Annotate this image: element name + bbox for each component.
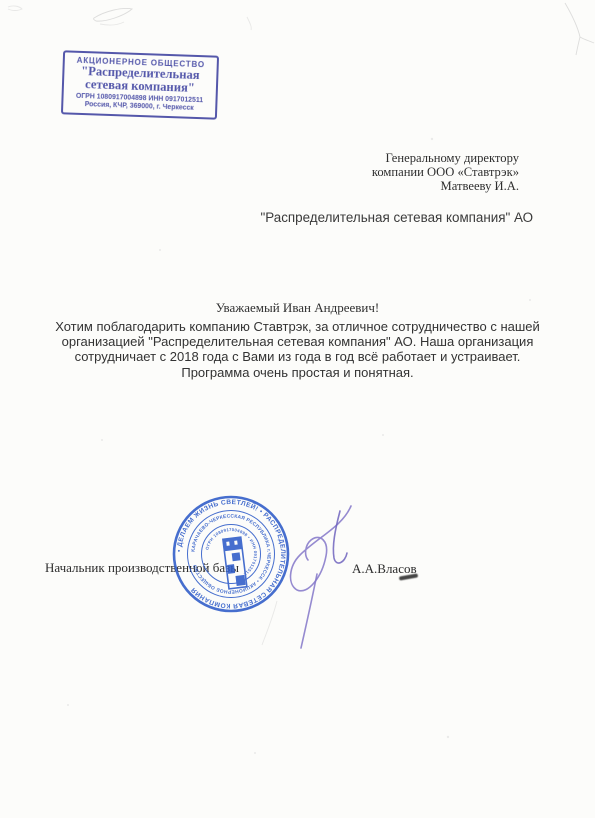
body-line-4: Программа очень простая и понятная. [0,365,595,380]
handwritten-signature [0,0,595,818]
scanned-letter-page: АКЦИОНЕРНОЕ ОБЩЕСТВО "Распределительная … [0,0,595,818]
sender-org-line: "Распределительная сетевая компания" АО [261,210,533,225]
pencil-mark-top-left-swoosh [94,8,132,21]
pencil-mark-top-right [565,3,594,55]
signature-main-loop [291,506,351,591]
pencil-mark-top-left-small [8,6,22,11]
round-seal-stamp: • ДЕЛАЕМ ЖИЗНЬ СВЕТЛЕЙ! • РАСПРЕДЕЛИТЕЛЬ… [169,492,293,616]
recipient-line-1: Генеральному директору [261,151,519,165]
recipient-block: Генеральному директору компании ООО «Ста… [261,151,533,225]
seal-middle-text: КАРАЧАЕВО-ЧЕРКЕССКАЯ РЕСПУБЛИКА г.ЧЕРКЕС… [191,513,272,594]
pencil-mark-top-center [247,17,251,30]
letter-body: Уважаемый Иван Андреевич! Хотим поблагод… [0,300,595,380]
signature-tail [301,574,317,648]
pencil-mark-top-left-tail [100,22,124,25]
body-line-1: Хотим поблагодарить компанию Ставтрэк, з… [0,319,595,334]
salutation: Уважаемый Иван Андреевич! [0,300,595,316]
body-line-3: сотрудничает с 2018 года с Вами из года … [0,349,595,364]
seal-inner-ring [202,525,261,584]
seal-outer-ring [174,497,288,611]
scan-artifacts [0,0,595,818]
recipient-line-2: компании ООО «Ставтрэк» [261,165,519,179]
corporate-rect-stamp: АКЦИОНЕРНОЕ ОБЩЕСТВО "Распределительная … [61,50,219,119]
signature-hook [333,511,347,563]
seal-middle-ring [188,511,275,598]
power-tower-logo-icon [223,537,247,589]
recipient-line-3: Матвееву И.А. [261,179,519,193]
svg-text:КАРАЧАЕВО-ЧЕРКЕССКАЯ РЕСПУБЛИК: КАРАЧАЕВО-ЧЕРКЕССКАЯ РЕСПУБЛИКА г.ЧЕРКЕС… [191,513,272,594]
body-line-2: организацией "Распределительная сетевая … [0,334,595,349]
